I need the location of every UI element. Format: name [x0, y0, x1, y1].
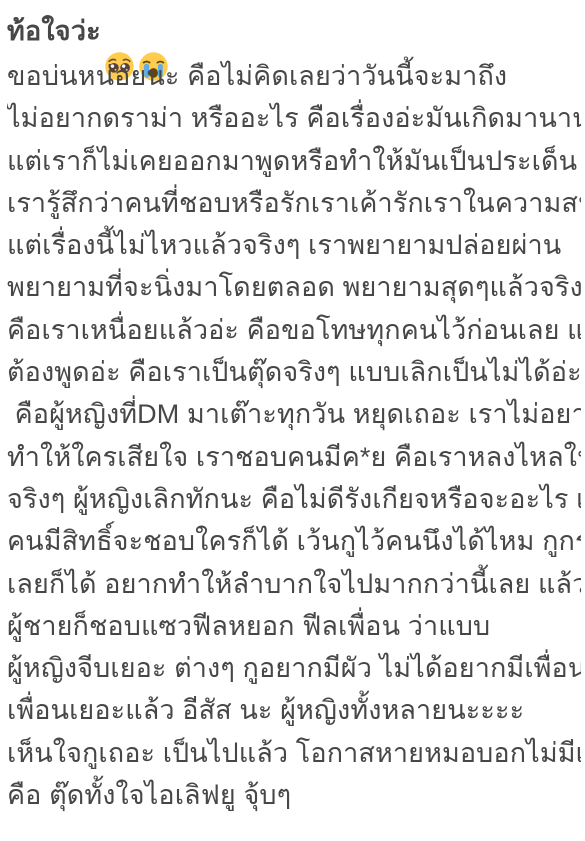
post-text-line: เพื่อนเยอะแล้ว อีสัส นะ ผู้หญิงทั้งหลายน… — [7, 689, 581, 731]
post-text-line: เห็นใจกูเถอะ เป็นไปแล้ว โอกาสหายหมอบอกไม… — [7, 732, 581, 774]
post-text-line: คนมีสิทธิ์จะชอบใครก็ได้ เว้นกูไว้คนนึงได… — [7, 520, 581, 562]
post-body: ขอบ่นหน่อยนะ คือไม่คิดเลยว่าวันนี้จะมาถึ… — [7, 55, 581, 816]
post-text-line: คือเราเหนื่อยแล้วอ่ะ คือขอโทษทุกคนไว้ก่อ… — [7, 309, 581, 351]
post-text-line: เรารู้สึกว่าคนที่ชอบหรือรักเราเค้ารักเรา… — [7, 182, 581, 224]
post-title: ท้อใจว่ะ — [7, 9, 101, 52]
post-text-line: คือผู้หญิงที่DM มาเต๊าะทุกวัน หยุดเถอะ เ… — [7, 393, 581, 435]
loudly-crying-face-emoji — [138, 15, 169, 46]
post-text-line: แต่เราก็ไม่เคยออกมาพูดหรือทำให้มันเป็นปร… — [7, 140, 581, 182]
post-text-line: เลยก็ได้ อยากทำให้ลำบากใจไปมากกว่านี้เลย… — [7, 563, 581, 605]
post-text-line: พยายามที่จะนิ่งมาโดยตลอด พยายามสุดๆแล้วจ… — [7, 266, 581, 308]
post-text-line: ผู้ชายก็ชอบแซวฟีลหยอก ฟีลเพื่อน ว่าแบบ — [7, 605, 581, 647]
post-text-line: ขอบ่นหน่อยนะ คือไม่คิดเลยว่าวันนี้จะมาถึ… — [7, 55, 581, 97]
pleading-face-emoji — [104, 15, 135, 46]
text-post: ท้อใจว่ะ — [0, 0, 585, 816]
post-text-line: แต่เรื่องนี้ไม่ไหวแล้วจริงๆ เราพยายามปล่… — [7, 224, 581, 266]
post-title-row: ท้อใจว่ะ — [7, 8, 581, 52]
post-text-line: คือ ตุ๊ดทั้งใจไอเลิฟยู จุ้บๆ — [7, 774, 581, 816]
post-text-line: ทำให้ใครเสียใจ เราชอบคนมีค*ย คือเราหลงไห… — [7, 436, 581, 478]
post-text-line: ต้องพูดอ่ะ คือเราเป็นตุ๊ดจริงๆ แบบเลิกเป… — [7, 351, 581, 393]
post-text-line: จริงๆ ผู้หญิงเลิกทักนะ คือไม่ดีรังเกียจห… — [7, 478, 581, 520]
post-text-line: ไม่อยากดราม่า หรืออะไร คือเรื่องอ่ะมันเก… — [7, 97, 581, 139]
post-text-line: ผู้หญิงจีบเยอะ ต่างๆ กูอยากมีผัว ไม่ได้อ… — [7, 647, 581, 689]
